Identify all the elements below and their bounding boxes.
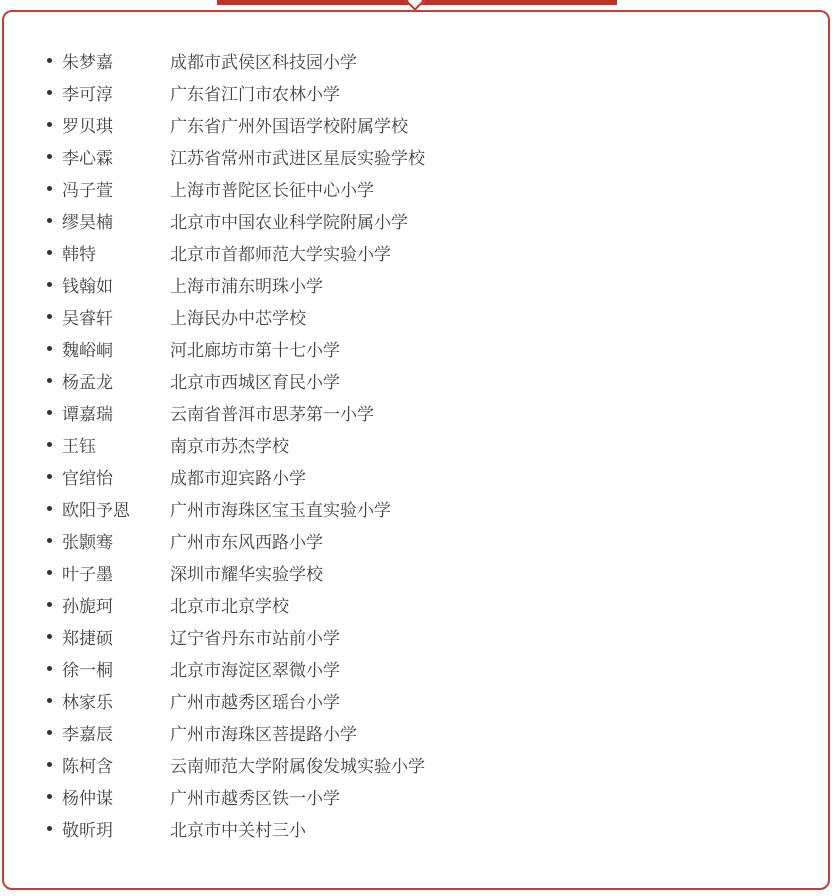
list-item: 李心霖 江苏省常州市武进区星辰实验学校 [47,140,808,172]
list-item: 朱梦嘉 成都市武侯区科技园小学 [47,44,808,76]
student-name: 钱翰如 [62,272,170,297]
student-name: 罗贝琪 [62,112,170,137]
student-name: 官绾怡 [62,464,170,489]
list-item: 官绾怡 成都市迎宾路小学 [47,460,808,492]
school-name: 南京市苏杰学校 [170,432,808,457]
student-name: 李可淳 [62,80,170,105]
bullet-icon [47,666,52,671]
student-name: 陈柯含 [62,752,170,777]
student-name: 魏峪峒 [62,336,170,361]
bullet-icon [47,282,52,287]
student-name: 杨仲谋 [62,784,170,809]
school-name: 广州市海珠区宝玉直实验小学 [170,496,808,521]
list-item: 杨仲谋 广州市越秀区铁一小学 [47,780,808,812]
student-name: 李嘉辰 [62,720,170,745]
list-item: 陈柯含 云南师范大学附属俊发城实验小学 [47,748,808,780]
school-name: 广州市海珠区菩提路小学 [170,720,808,745]
school-name: 北京市首都师范大学实验小学 [170,240,808,265]
student-name: 张颢骞 [62,528,170,553]
bullet-icon [47,698,52,703]
list-item: 李嘉辰 广州市海珠区菩提路小学 [47,716,808,748]
school-name: 云南师范大学附属俊发城实验小学 [170,752,808,777]
student-name: 缪昊楠 [62,208,170,233]
bullet-icon [47,506,52,511]
student-name: 王钰 [62,432,170,457]
list-item: 吴睿轩 上海民办中芯学校 [47,300,808,332]
list-item: 张颢骞 广州市东风西路小学 [47,524,808,556]
student-name: 吴睿轩 [62,304,170,329]
bullet-icon [47,538,52,543]
list-item: 欧阳予恩 广州市海珠区宝玉直实验小学 [47,492,808,524]
school-name: 云南省普洱市思茅第一小学 [170,400,808,425]
list-item: 谭嘉瑞 云南省普洱市思茅第一小学 [47,396,808,428]
student-name: 韩特 [62,240,170,265]
bullet-icon [47,570,52,575]
list-item: 林家乐 广州市越秀区瑶台小学 [47,684,808,716]
list-item: 罗贝琪 广东省广州外国语学校附属学校 [47,108,808,140]
list-item: 钱翰如 上海市浦东明珠小学 [47,268,808,300]
bullet-icon [47,218,52,223]
school-name: 北京市北京学校 [170,592,808,617]
student-name: 欧阳予恩 [62,496,170,521]
school-name: 上海民办中芯学校 [170,304,808,329]
winner-list: 朱梦嘉 成都市武侯区科技园小学 李可淳 广东省江门市农林小学 罗贝琪 广东省广州… [4,12,828,844]
winner-list-panel: 朱梦嘉 成都市武侯区科技园小学 李可淳 广东省江门市农林小学 罗贝琪 广东省广州… [2,10,830,890]
school-name: 广州市东风西路小学 [170,528,808,553]
school-name: 广州市越秀区瑶台小学 [170,688,808,713]
list-item: 缪昊楠 北京市中国农业科学院附属小学 [47,204,808,236]
list-item: 冯子萱 上海市普陀区长征中心小学 [47,172,808,204]
student-name: 叶子墨 [62,560,170,585]
student-name: 徐一桐 [62,656,170,681]
student-name: 敬昕玥 [62,816,170,841]
bullet-icon [47,122,52,127]
bullet-icon [47,794,52,799]
school-name: 北京市中关村三小 [170,816,808,841]
student-name: 冯子萱 [62,176,170,201]
bullet-icon [47,762,52,767]
school-name: 深圳市耀华实验学校 [170,560,808,585]
bullet-icon [47,186,52,191]
student-name: 郑捷硕 [62,624,170,649]
school-name: 成都市武侯区科技园小学 [170,48,808,73]
bullet-icon [47,314,52,319]
school-name: 北京市海淀区翠微小学 [170,656,808,681]
bullet-icon [47,474,52,479]
student-name: 林家乐 [62,688,170,713]
school-name: 北京市中国农业科学院附属小学 [170,208,808,233]
list-item: 韩特 北京市首都师范大学实验小学 [47,236,808,268]
school-name: 河北廊坊市第十七小学 [170,336,808,361]
school-name: 广东省江门市农林小学 [170,80,808,105]
bullet-icon [47,154,52,159]
bullet-icon [47,730,52,735]
list-item: 郑捷硕 辽宁省丹东市站前小学 [47,620,808,652]
school-name: 广州市越秀区铁一小学 [170,784,808,809]
school-name: 广东省广州外国语学校附属学校 [170,112,808,137]
bullet-icon [47,826,52,831]
list-item: 孙旎珂 北京市北京学校 [47,588,808,620]
school-name: 北京市西城区育民小学 [170,368,808,393]
list-item: 敬昕玥 北京市中关村三小 [47,812,808,844]
school-name: 上海市普陀区长征中心小学 [170,176,808,201]
bullet-icon [47,90,52,95]
list-item: 王钰 南京市苏杰学校 [47,428,808,460]
school-name: 江苏省常州市武进区星辰实验学校 [170,144,808,169]
bullet-icon [47,442,52,447]
bullet-icon [47,250,52,255]
list-item: 徐一桐 北京市海淀区翠微小学 [47,652,808,684]
list-item: 李可淳 广东省江门市农林小学 [47,76,808,108]
student-name: 杨孟龙 [62,368,170,393]
bullet-icon [47,634,52,639]
student-name: 谭嘉瑞 [62,400,170,425]
bullet-icon [47,346,52,351]
school-name: 辽宁省丹东市站前小学 [170,624,808,649]
student-name: 朱梦嘉 [62,48,170,73]
list-item: 叶子墨 深圳市耀华实验学校 [47,556,808,588]
bullet-icon [47,602,52,607]
list-item: 杨孟龙 北京市西城区育民小学 [47,364,808,396]
school-name: 成都市迎宾路小学 [170,464,808,489]
bullet-icon [47,410,52,415]
list-item: 魏峪峒 河北廊坊市第十七小学 [47,332,808,364]
student-name: 李心霖 [62,144,170,169]
student-name: 孙旎珂 [62,592,170,617]
school-name: 上海市浦东明珠小学 [170,272,808,297]
bullet-icon [47,58,52,63]
bullet-icon [47,378,52,383]
